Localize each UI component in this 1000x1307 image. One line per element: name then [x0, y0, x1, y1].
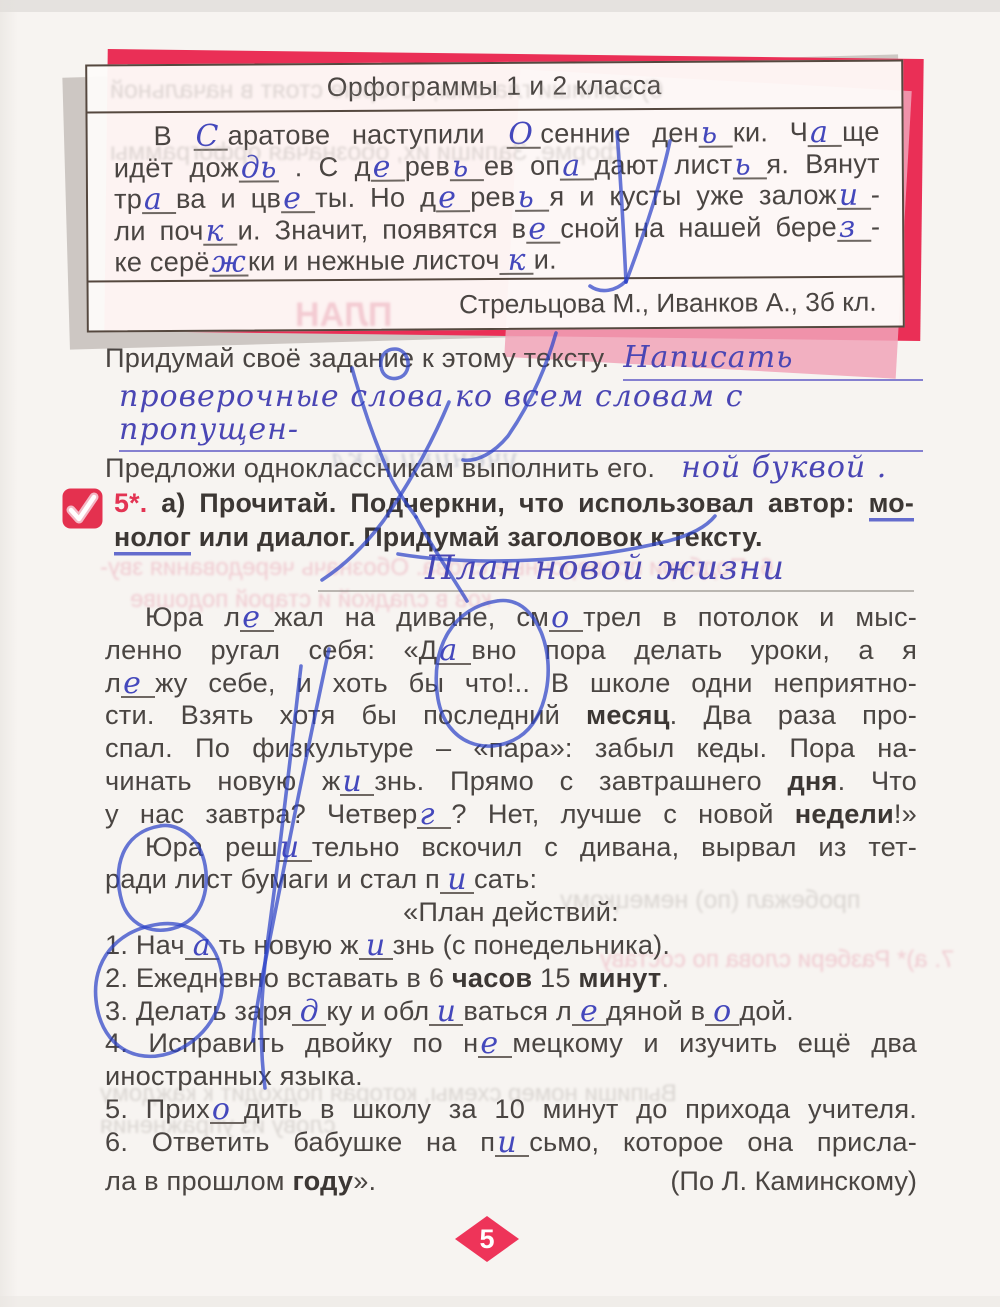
handwritten-letter: и [366, 933, 386, 959]
printed-text: знь. Прямо с завтрашнего [374, 765, 787, 796]
text-line: ке серёжки и нежные листочки. [114, 242, 880, 278]
printed-text: жал на диване, см [274, 601, 549, 632]
printed-text: иностранных языка. [105, 1060, 363, 1091]
printed-text: месяц [586, 699, 670, 730]
printed-text: 1. Нач [105, 929, 185, 960]
handwritten-letter: е [242, 605, 260, 631]
printed-text: ще [842, 116, 880, 147]
fill-in-blank: д [292, 998, 326, 1026]
printed-text: ке серё [114, 246, 209, 278]
printed-text: дают лист [594, 148, 732, 180]
printed-text: трел в потолок и мыс- [583, 601, 917, 632]
fill-in-blank: и [440, 866, 474, 894]
printed-text: идёт дож [114, 151, 239, 183]
fill-in-blank: е [240, 604, 274, 632]
printed-text: 3. Делать заря [105, 995, 292, 1026]
text-line: Юра лежал на диване, смотрел в потолок и… [105, 601, 917, 634]
card-body: В Саратове наступили Осенние деньки. Чащ… [87, 109, 902, 284]
text-line: спал. По физкультуре – «пара»: забыл кед… [105, 732, 917, 765]
handwritten-letter: ь [517, 185, 534, 211]
printed-text: Придумай своё задание к этому тексту. [105, 342, 609, 375]
fill-in-blank: ь [699, 120, 733, 148]
printed-text: 5. Прих [105, 1093, 210, 1124]
text-line: у нас завтра? Четверг? Нет, лучше с ново… [105, 798, 917, 831]
handwritten-letter: С [196, 124, 219, 150]
fill-in-blank: ь [732, 151, 766, 179]
checkbox-icon [62, 488, 103, 529]
printed-text: дня [787, 765, 837, 796]
printed-text: . Что [838, 765, 917, 796]
handwritten-letter: и [437, 999, 457, 1025]
task-5-text: 5*. а) Прочитай. Подчеркни, что использо… [114, 486, 914, 554]
fill-in-blank: ь [450, 153, 484, 181]
fill-in-blank: а [185, 932, 219, 960]
printed-text: ты. Но д [315, 182, 436, 214]
text-line: 3. Делать зарядку и обливаться ледяной в… [105, 995, 917, 1028]
author-byline: (По Л. Каминскому) [670, 1165, 917, 1197]
scan-edge-bottom [0, 1296, 1000, 1307]
card-title: Орфограммы 1 и 2 класса [87, 62, 901, 114]
handwritten-letter: а [193, 933, 211, 959]
printed-text: В [154, 120, 194, 151]
scan-edge-left [0, 0, 18, 1307]
printed-text: дить в школу за 10 минут до прихода учит… [244, 1093, 917, 1124]
fill-in-blank: о [705, 998, 739, 1026]
printed-text: ва и цв [176, 182, 281, 214]
handwritten-letter: и [497, 1130, 517, 1156]
fill-in-blank: дь [239, 154, 279, 182]
handwritten-letter: г [419, 802, 434, 828]
story-last-row: ла в прошлом году». (По Л. Каминскому) [105, 1159, 917, 1198]
text-line: «План действий: [105, 896, 917, 929]
card-frame: Орфограммы 1 и 2 класса В Саратове насту… [85, 60, 905, 333]
story-lines: Юра лежал на диване, смотрел в потолок и… [105, 601, 917, 1159]
handwritten-letter: е [283, 186, 301, 212]
printed-text: 15 [532, 962, 578, 993]
printed-text: рев [470, 181, 515, 212]
printed-text: ленно ругал себя: «Д [105, 634, 437, 665]
printed-text: чинать новую ж [105, 765, 340, 796]
text-line: трава и цветы. Но деревья и кусты уже за… [114, 179, 880, 215]
fill-in-blank: и [837, 182, 871, 210]
fill-in-blank: а [560, 152, 594, 180]
story-text: Юра лежал на диване, смотрел в потолок и… [105, 601, 917, 1197]
fill-in-blank: о [210, 1096, 244, 1124]
card-attribution: Стрельцова М., Иванков А., 3б кл. [89, 276, 903, 331]
fill-in-blank: О [506, 121, 540, 149]
printed-text: ли поч [114, 215, 204, 247]
printed-text: - [871, 210, 880, 241]
printed-text: ? Нет, лучше с новой [451, 798, 794, 829]
handwritten-letter: к [508, 248, 526, 274]
printed-text: сенние ден [540, 117, 699, 149]
printed-text: вно пора делать уроки, а я [471, 634, 917, 665]
handwritten-letter: дь [241, 155, 277, 181]
printed-text: ». [353, 1165, 376, 1196]
handwritten-letter: е [480, 1031, 498, 1057]
fill-in-blank: и [340, 768, 374, 796]
text-line: 1. Начать новую жизнь (с понедельника). [105, 929, 917, 962]
handwritten-letter: и [280, 835, 300, 861]
handwritten-letter: и [342, 769, 362, 795]
handwritten-letter: а [562, 153, 580, 179]
printed-text: я и кусты уже залож [549, 179, 836, 212]
handwritten-letter: д [300, 999, 319, 1025]
printed-text: и. [534, 244, 557, 275]
printed-text: ваться л [463, 995, 572, 1026]
text-line: чинать новую жизнь. Прямо с завтрашнего … [105, 765, 917, 798]
printed-text: «План действий: [403, 896, 619, 927]
handwritten-letter: а [439, 638, 457, 664]
handwritten-letter: а [144, 187, 162, 213]
text-line: лежу себе, и хоть бы что!.. В школе одни… [105, 667, 917, 700]
printed-text: тельно вскочил с дивана, вырвал из тет- [312, 831, 917, 862]
fill-in-blank: а [437, 637, 471, 665]
text-line: сти. Взять хотя бы последний месяц. Два … [105, 699, 917, 732]
fill-in-blank: е [121, 670, 155, 698]
text-line: Предложи одноклассникам выполнить его.но… [105, 452, 923, 485]
handwritten-letter: О [508, 122, 533, 148]
printed-text: 6. Ответить бабушке на п [105, 1126, 495, 1157]
printed-text: !» [894, 798, 917, 829]
printed-text: сать: [474, 863, 537, 894]
fill-in-blank: а [142, 186, 176, 214]
printed-text: минут [578, 962, 661, 993]
text-line: идёт дождь . С деревьев опадают листья. … [114, 147, 880, 183]
printed-text: ла в прошлом [105, 1165, 292, 1196]
handwritten-text: проверочные слова ко всем словам с пропу… [119, 381, 923, 453]
handwritten-text: ной буквой . [681, 452, 887, 485]
printed-text: спал. По физкультуре – «пара»: забыл кед… [105, 732, 917, 763]
printed-text: сти. Взять хотя бы последний [105, 699, 586, 730]
handwritten-letter: е [528, 216, 546, 242]
handwritten-letter: е [580, 999, 598, 1025]
printed-text: сной на нашей бере [560, 211, 837, 244]
handwritten-letter: ь [452, 154, 469, 180]
orthogram-card: Орфограммы 1 и 2 класса В Саратове насту… [72, 54, 922, 346]
printed-text: . С д [279, 150, 371, 182]
fill-in-blank: к [204, 217, 238, 245]
handwritten-letter: е [123, 671, 141, 697]
handwritten-title: План новой жизни [425, 548, 785, 588]
text-line: 5. Приходить в школу за 10 минут до прих… [105, 1093, 917, 1126]
printed-text: нолог [114, 522, 191, 552]
handwritten-letter: е [438, 185, 456, 211]
text-line: ли почки. Значит, появятся весной на наш… [114, 210, 880, 246]
fill-in-blank: к [500, 247, 534, 275]
printed-text: жу себе, и хоть бы что!.. В школе одни н… [155, 667, 917, 698]
fill-in-blank: и [429, 998, 463, 1026]
printed-text: мецкому и изучить ещё два [512, 1027, 917, 1058]
fill-in-blank: ь [515, 184, 549, 212]
fill-in-blank: г [417, 801, 451, 829]
fill-in-blank: з [837, 213, 871, 241]
printed-text: ку и обл [326, 995, 429, 1026]
handwritten-letter: о [212, 1097, 230, 1123]
printed-text: сьмо, которое она присла- [529, 1126, 917, 1157]
text-line: 5*. а) Прочитай. Подчеркни, что использо… [114, 486, 914, 520]
handwritten-letter: ж [212, 250, 246, 276]
printed-text: - [871, 179, 880, 210]
text-line: ленно ругал себя: «Давно пора делать уро… [105, 634, 917, 667]
fill-in-blank: и [495, 1129, 529, 1157]
printed-text: недели [795, 798, 894, 829]
text-line: Придумай своё задание к этому тексту.Нап… [105, 342, 923, 381]
text-line: иностранных языка. [105, 1060, 917, 1093]
task-5: 5*. а) Прочитай. Подчеркни, что использо… [62, 486, 914, 554]
printed-text: знь (с понедельника). [393, 929, 671, 960]
handwritten-letter: и [447, 867, 467, 893]
printed-text: 5*. [114, 488, 147, 518]
handwritten-letter: з [839, 215, 856, 241]
printed-text: аратове наступили [227, 118, 506, 151]
fill-in-blank: и [278, 834, 312, 862]
printed-text: рев [405, 150, 450, 181]
text-line: 4. Исправить двойку по немецкому и изучи… [105, 1027, 917, 1060]
handwritten-letter: о [713, 999, 731, 1025]
handwritten-letter: к [206, 218, 224, 244]
fill-in-blank: е [526, 215, 560, 243]
printed-text: и. Значит, появятся в [237, 213, 526, 246]
handwritten-letter: ь [701, 121, 718, 147]
printed-text: ки и нежные листоч [248, 244, 500, 277]
printed-text: дяной в [606, 995, 705, 1026]
intro-block: Придумай своё задание к этому тексту.Нап… [105, 342, 923, 485]
text-line: проверочные слова ко всем словам с пропу… [105, 381, 923, 453]
story-last-line: ла в прошлом году». [105, 1165, 376, 1198]
printed-text: я. Вянут [766, 147, 880, 179]
text-line: 6. Ответить бабушке на письмо, которое о… [105, 1126, 917, 1159]
printed-text: л [105, 667, 121, 698]
text-line: ради лист бумаги и стал писать: [105, 863, 917, 896]
page-number: 5 [479, 1224, 494, 1255]
scan-edge-top [0, 0, 1000, 12]
printed-text: мо- [869, 488, 914, 518]
printed-text: году [292, 1165, 353, 1196]
printed-text: часов [452, 962, 532, 993]
fill-in-blank: о [549, 604, 583, 632]
handwritten-title-blank: План новой жизни [290, 548, 920, 588]
fill-in-blank: е [572, 998, 606, 1026]
handwritten-text: Написать [623, 342, 923, 381]
handwritten-letter: е [373, 154, 391, 180]
fill-in-blank: е [371, 153, 405, 181]
text-line: 2. Ежедневно вставать в 6 часов 15 минут… [105, 962, 917, 995]
page-number-badge: 5 [455, 1216, 519, 1262]
printed-text: 4. Исправить двойку по н [105, 1027, 478, 1058]
printed-text: у нас завтра? Четвер [105, 798, 417, 829]
text-line: Юра решительно вскочил с дивана, вырвал … [105, 831, 917, 864]
fill-in-blank: и [359, 932, 393, 960]
fill-in-blank: е [436, 184, 470, 212]
fill-in-blank: ж [210, 249, 248, 277]
handwritten-letter: о [551, 605, 569, 631]
printed-text: ев оп [484, 149, 561, 180]
printed-text: Юра л [145, 601, 240, 632]
fill-in-blank: е [281, 185, 315, 213]
printed-text: ради лист бумаги и стал п [105, 863, 440, 894]
printed-text: дой. [739, 995, 794, 1026]
printed-text: Предложи одноклассникам выполнить его. [105, 452, 655, 485]
handwritten-letter: а [810, 120, 828, 146]
printed-text: ть новую ж [219, 929, 359, 960]
text-line: В Саратове наступили Осенние деньки. Чащ… [114, 116, 880, 152]
printed-text: ки. Ч [733, 116, 808, 147]
printed-text: а) Прочитай. Подчеркни, что использовал … [147, 488, 868, 518]
handwritten-letter: ь [734, 152, 751, 178]
handwritten-letter: и [839, 183, 859, 209]
printed-text: Юра реш [145, 831, 278, 862]
printed-text: . [661, 962, 669, 993]
printed-text: 2. Ежедневно вставать в 6 [105, 962, 452, 993]
printed-text: тр [114, 183, 142, 214]
fill-in-blank: а [808, 119, 842, 147]
title-answer-line [318, 590, 914, 592]
fill-in-blank: е [478, 1030, 512, 1058]
printed-text: . Два раза про- [670, 699, 917, 730]
intro-lines: Придумай своё задание к этому тексту.Нап… [105, 342, 923, 485]
fill-in-blank: С [194, 123, 228, 151]
